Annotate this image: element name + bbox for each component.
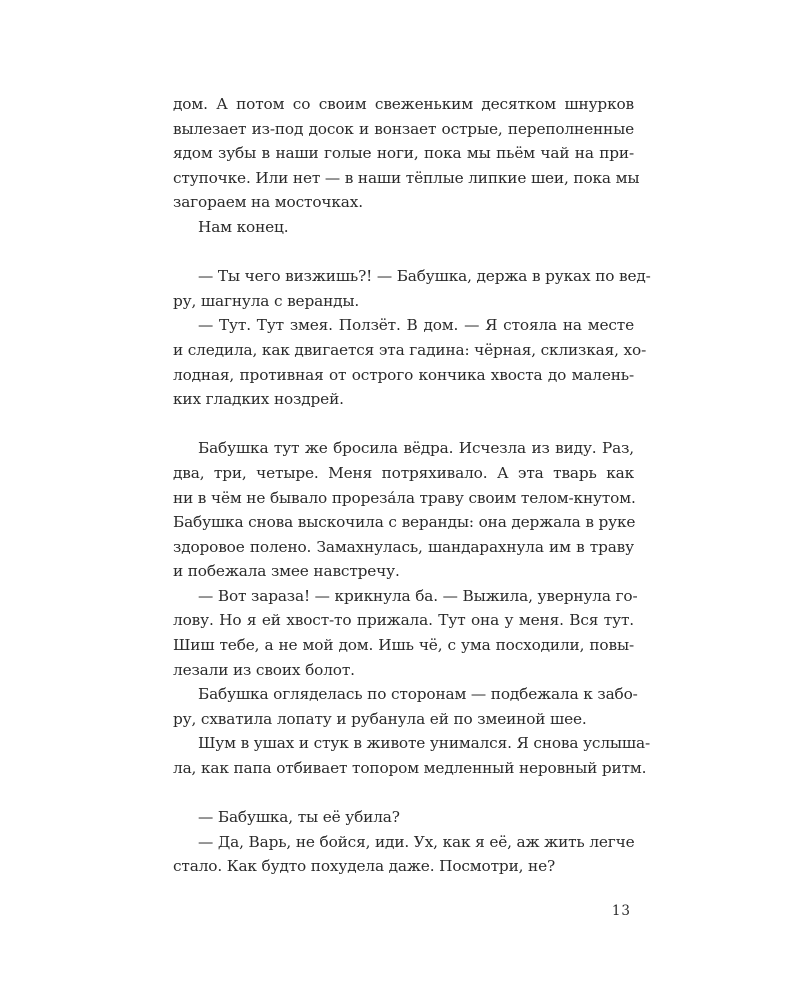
paragraph: Бабушка тут же бросила вёдра. Исчезла из… [173,436,634,584]
text-line: ру, схватила лопату и рубанула ей по зме… [173,707,634,732]
dialogue-paragraph: — Вот зараза! — крикнула ба. — Выжила, у… [173,584,634,682]
text-line: Шиш тебе, а не мой дом. Ишь чё, с ума по… [173,633,634,658]
text-line: Шум в ушах и стук в животе унимался. Я с… [173,731,634,756]
text-line: ядом зубы в наши голые ноги, пока мы пьё… [173,141,634,166]
text-line: — Бабушка, ты её убила? [173,805,634,830]
text-line: вылезает из-под досок и вонзает острые, … [173,117,634,142]
text-line: Бабушка огляделась по сторонам — подбежа… [173,682,634,707]
text-line: лову. Но я ей хвост-то прижала. Тут она … [173,608,634,633]
text-line: Бабушка снова выскочила с веранды: она д… [173,510,634,535]
text-line: — Ты чего визжишь?! — Бабушка, держа в р… [173,264,634,289]
text-line: — Вот зараза! — крикнула ба. — Выжила, у… [173,584,634,609]
text-line: и следила, как двигается эта гадина: чёр… [173,338,634,363]
dialogue-paragraph: — Тут. Тут змея. Ползёт. В дом. — Я стоя… [173,313,634,411]
text-line: — Да, Варь, не бойся, иди. Ух, как я её,… [173,830,634,855]
dialogue-paragraph: — Ты чего визжишь?! — Бабушка, держа в р… [173,264,634,313]
text-line: загораем на мосточках. [173,190,634,215]
section-break [173,240,634,265]
text-line: Нам конец. [173,215,634,240]
text-line: стало. Как будто похудела даже. Посмотри… [173,854,634,879]
paragraph: дом. А потом со своим свеженьким десятко… [173,92,634,215]
text-line: ступочке. Или нет — в наши тёплые липкие… [173,166,634,191]
text-line: и побежала змее навстречу. [173,559,634,584]
text-line: здоровое полено. Замахнулась, шандарахну… [173,535,634,560]
text-line: два, три, четыре. Меня потряхивало. А эт… [173,461,634,486]
dialogue-paragraph: — Да, Варь, не бойся, иди. Ух, как я её,… [173,830,634,879]
section-break [173,781,634,806]
paragraph: Шум в ушах и стук в животе унимался. Я с… [173,731,634,780]
section-break [173,412,634,437]
text-line: ру, шагнула с веранды. [173,289,634,314]
text-line: ни в чём не бывало прореза́ла траву свои… [173,486,634,511]
text-line: ла, как папа отбивает топором медленный … [173,756,634,781]
paragraph: Нам конец. [173,215,634,240]
page-number: 13 [612,903,631,919]
text-line: лодная, противная от острого кончика хво… [173,363,634,388]
text-line: ких гладких ноздрей. [173,387,634,412]
text-line: дом. А потом со своим свеженьким десятко… [173,92,634,117]
paragraph: Бабушка огляделась по сторонам — подбежа… [173,682,634,731]
dialogue-paragraph: — Бабушка, ты её убила? [173,805,634,830]
book-page-text: дом. А потом со своим свеженьким десятко… [173,92,634,879]
text-line: Бабушка тут же бросила вёдра. Исчезла из… [173,436,634,461]
text-line: лезали из своих болот. [173,658,634,683]
text-line: — Тут. Тут змея. Ползёт. В дом. — Я стоя… [173,313,634,338]
